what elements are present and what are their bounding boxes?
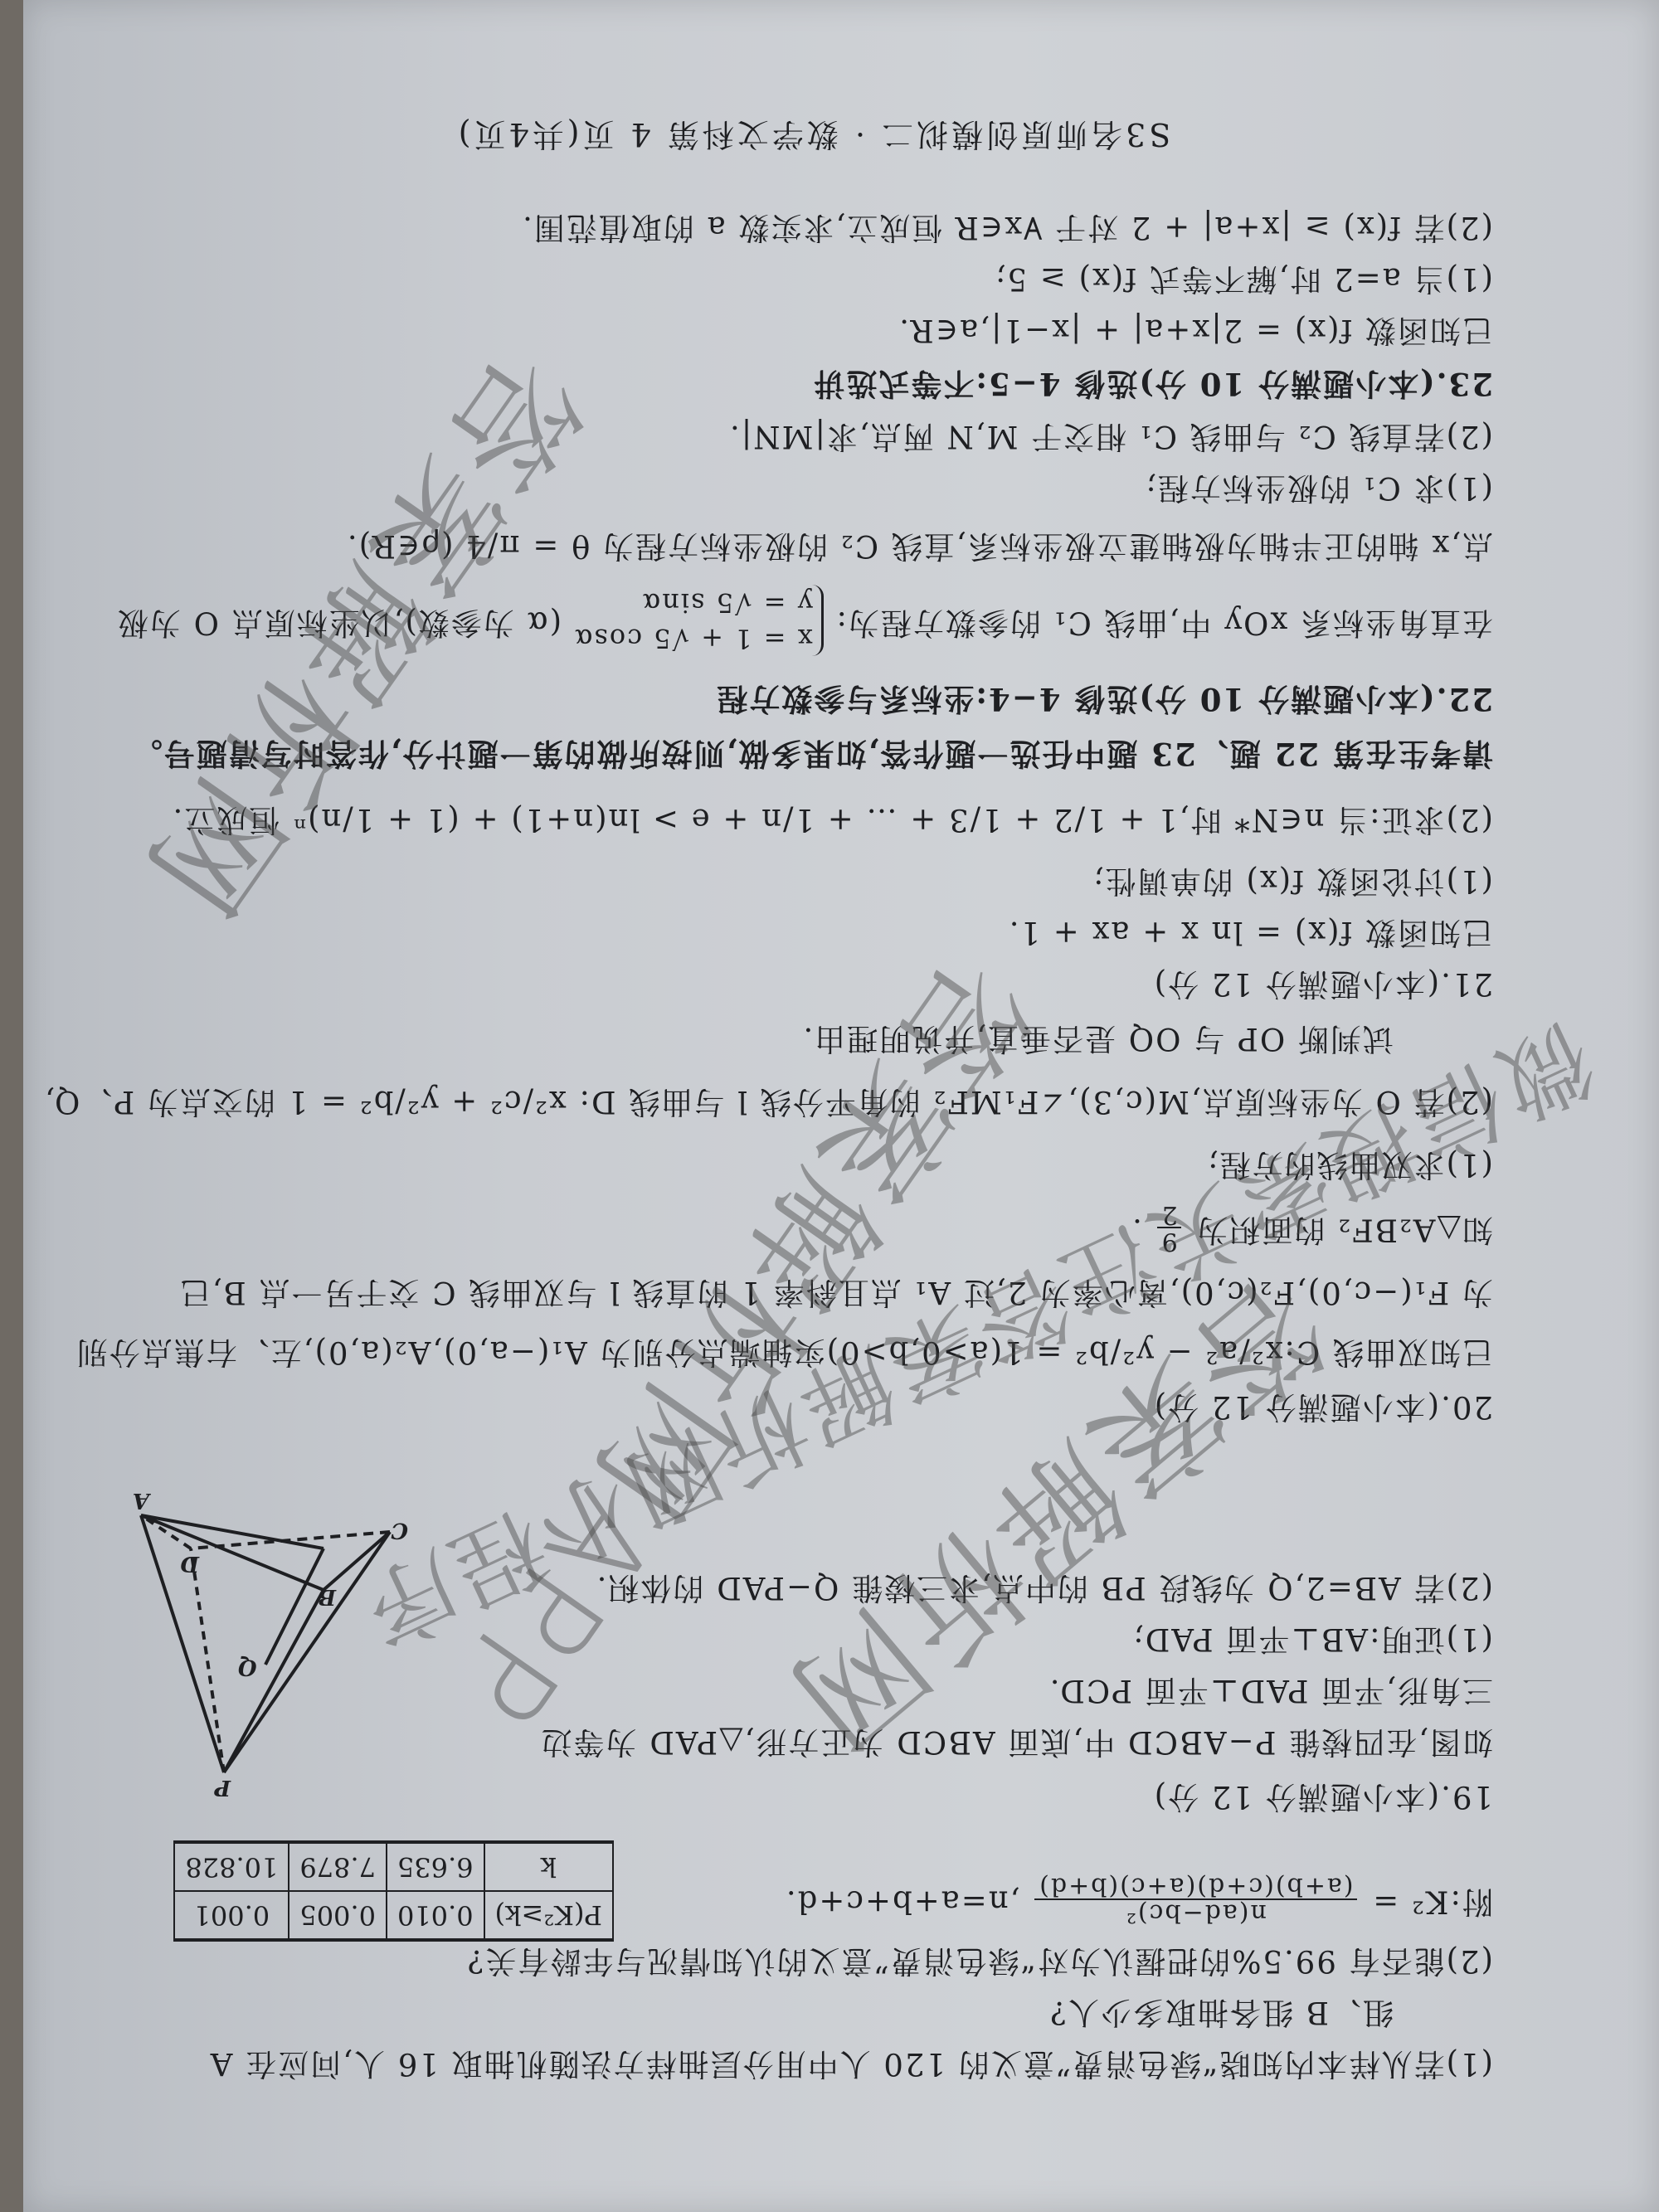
- label-a: A: [133, 1490, 152, 1513]
- q20-part2: (2)若 O 为坐标原点,M(c,3),∠F₁MF₂ 的角平分线 l 与曲线 D…: [43, 1087, 1493, 1117]
- parametric-system: x = 1 + √5 cosα y = √5 sinα: [573, 585, 824, 656]
- rotated-page: (1)若从样本内知晓“绿色消费”意义的 120 人中用分层抽样方法随机抽取 16…: [0, 0, 1659, 2212]
- table-cell: 7.879: [289, 1842, 387, 1891]
- q21-header: 21.(本小题满分 12 分): [1153, 969, 1493, 999]
- label-q: Q: [238, 1655, 257, 1680]
- k2-numerator: n(ad−bc)²: [1034, 1898, 1356, 1925]
- param-x: x = 1 + √5 cosα: [573, 620, 813, 656]
- q22-stem1-prefix: 在直角坐标系 xOy 中,曲线 C₁ 的参数方程为:: [834, 605, 1493, 640]
- table-cell: P(K²≥k): [484, 1891, 613, 1940]
- table-cell: 0.010: [387, 1891, 484, 1940]
- q23-part1: (1)当 a=2 时,解不等式 f(x) ≥ 5;: [994, 264, 1493, 294]
- param-y: y = √5 sinα: [573, 585, 813, 620]
- k2-suffix: ,n=a+b+c+d.: [785, 1884, 1020, 1920]
- q21-part1: (1)讨论函数 f(x) 的单调性;: [1092, 866, 1493, 897]
- table-cell: 10.828: [174, 1842, 289, 1891]
- label-b: B: [318, 1584, 337, 1609]
- q22-header: 22.(本小题满分 10 分)选修 4−4:坐标系与参数方程: [715, 683, 1493, 714]
- q19geo-header: 19.(本小题满分 12 分): [1153, 1782, 1493, 1812]
- q21-part2: (2)求证:当 n∈N* 时,1 + 1/2 + 1/3 + … + 1/n +…: [172, 805, 1494, 835]
- k2-prefix: 附:K² =: [1371, 1884, 1493, 1920]
- table-row: k 6.635 7.879 10.828: [174, 1842, 613, 1891]
- q19-part1-cont: 组、B 组各抽取多少人?: [1048, 1997, 1394, 2028]
- table-cell: k: [484, 1842, 613, 1891]
- label-d: D: [180, 1551, 200, 1576]
- table-cell: 6.635: [387, 1842, 484, 1891]
- q19-part1: (1)若从样本内知晓“绿色消费”意义的 120 人中用分层抽样方法随机抽取 16…: [209, 2049, 1493, 2079]
- q19geo-stem1: 如图,在四棱锥 P−ABCD 中,底面 ABCD 为正方形,△PAD 为等边: [540, 1727, 1493, 1757]
- table-cell: 0.001: [174, 1891, 289, 1940]
- q19geo-stem2: 三角形,平面 PAD⊥平面 PCD.: [1048, 1675, 1493, 1706]
- q23-stem: 已知函数 f(x) = 2|x+a| + |x−1|,a∈R.: [898, 315, 1493, 346]
- q23-header: 23.(本小题满分 10 分)选修 4−5:不等式选讲: [812, 368, 1493, 399]
- q19geo-part1: (1)证明:AB⊥平面 PAD;: [1131, 1624, 1493, 1655]
- k2-denominator: (a+b)(c+d)(a+c)(b+d): [1034, 1874, 1356, 1898]
- k2-fraction: n(ad−bc)² (a+b)(c+d)(a+c)(b+d): [1034, 1874, 1356, 1925]
- q21-stem: 已知函数 f(x) = ln x + ax + 1.: [1008, 917, 1493, 948]
- q22-part2: (2)若直线 C₂ 与曲线 C₁ 相交于 M,N 两点,求|MN|.: [728, 421, 1493, 452]
- pyramid-figure: P Q C D A B: [116, 1490, 415, 1806]
- k2-formula: 附:K² = n(ad−bc)² (a+b)(c+d)(a+c)(b+d) ,n…: [785, 1874, 1493, 1925]
- page-footer: S3名师原创模拟二 · 数学文科第 4 页(共4页): [133, 119, 1493, 150]
- q23-part2: (2)若 f(x) ≥ |x+a| + 2 对于 ∀x∈R 恒成立,求实数 a …: [521, 212, 1493, 243]
- critical-value-table: P(K²≥k) 0.010 0.005 0.001 k 6.635 7.879 …: [173, 1840, 614, 1942]
- q22-part1: (1)求 C₁ 的极坐标方程;: [1144, 473, 1493, 503]
- label-p: P: [213, 1775, 231, 1800]
- table-cell: 0.005: [289, 1891, 387, 1940]
- q19-part2: (2)能否有 99.5%的把握认为对“绿色消费”意义的认知情况与年龄有关?: [466, 1946, 1493, 1976]
- table-row: P(K²≥k) 0.010 0.005 0.001: [174, 1891, 613, 1940]
